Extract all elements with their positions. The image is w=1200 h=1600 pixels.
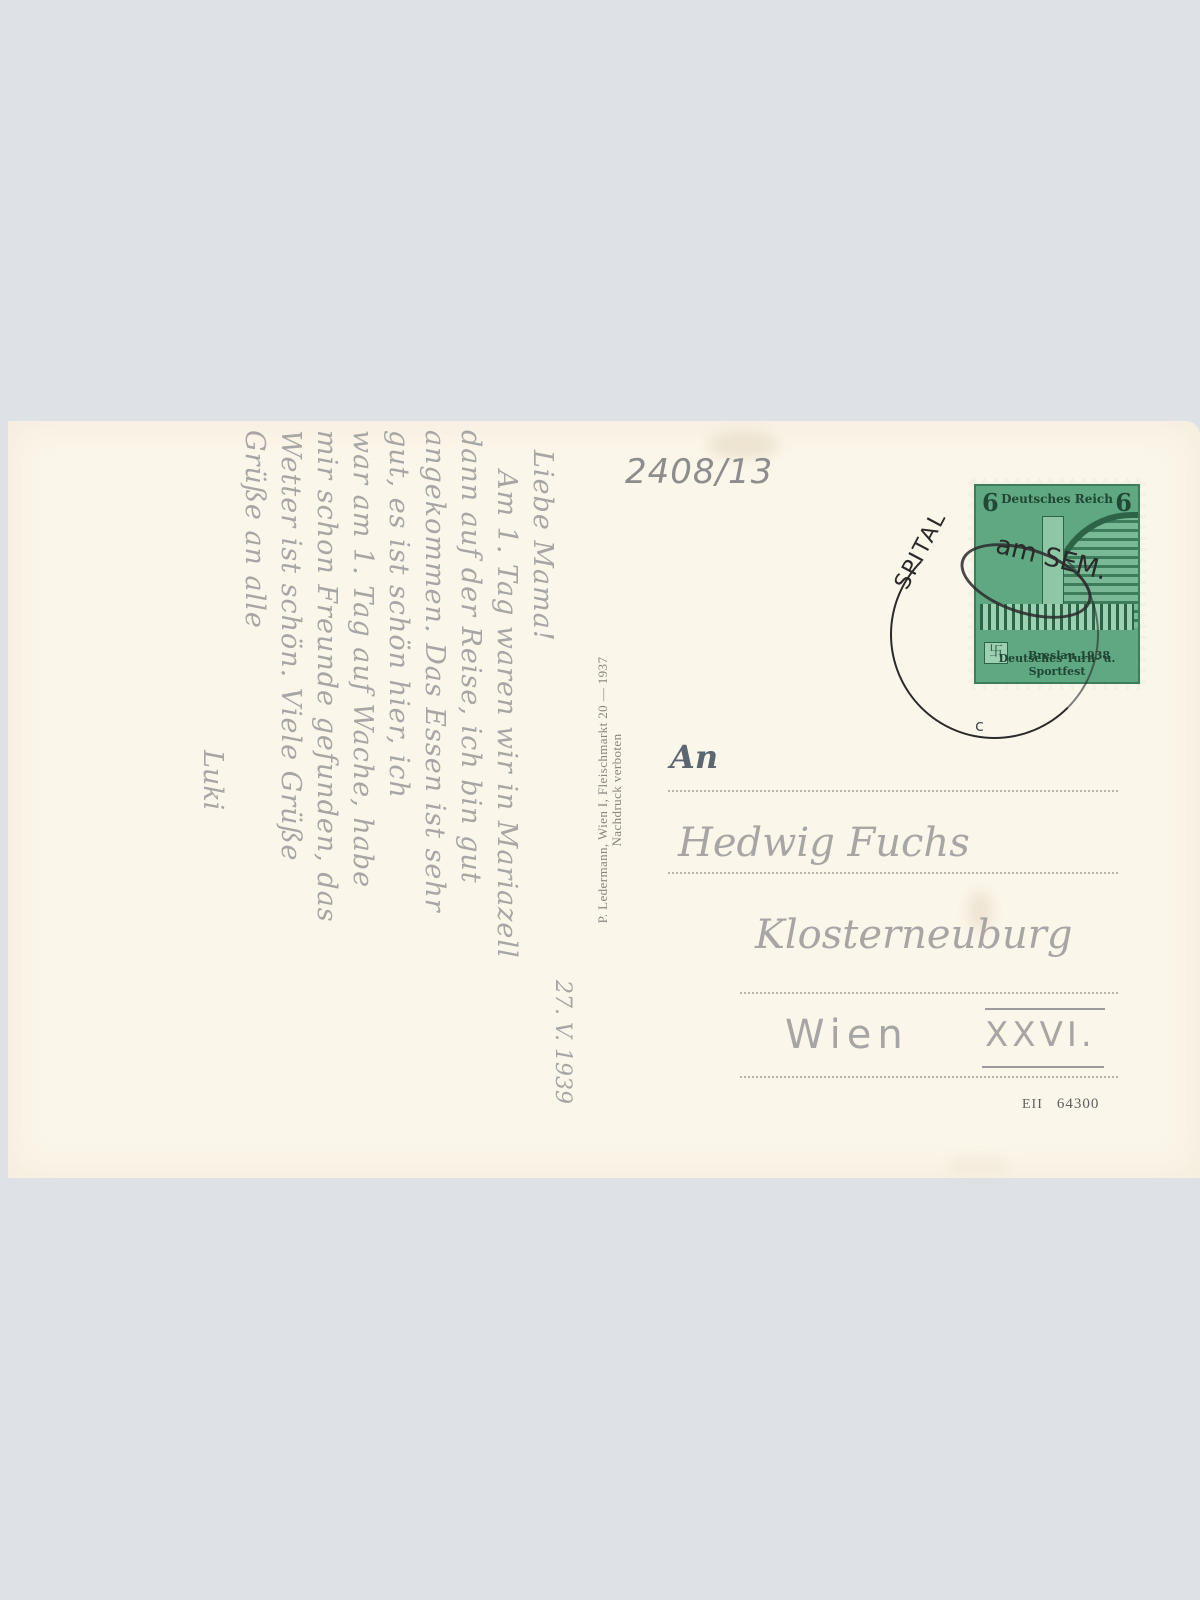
postmark-code: c [975,716,984,735]
message-signature: Luki [194,430,230,1150]
district-overline [985,1008,1105,1010]
colonnade-graphic [980,604,1134,630]
message-date-text: 27. V. 1939 [550,980,575,1130]
publisher-line-1: P. Ledermann, Wien I, Fleischmarkt 20 — … [596,560,610,1020]
message-line: dann auf der Reise, ich bin gut [452,430,488,1150]
address-rule [740,1076,1118,1078]
stamp-country: Deutsches Reich [976,492,1138,506]
message-line: Am 1. Tag waren wir in Mariazell [488,430,524,1150]
archive-number: 2408/13 [625,452,773,492]
address-city: Wien [785,1012,909,1058]
publisher-imprint: P. Ledermann, Wien I, Fleischmarkt 20 — … [596,560,636,1020]
address-name: Hedwig Fuchs [678,820,970,866]
message-date: 27. V. 1939 [535,980,575,1130]
paper-stain [948,1156,1008,1176]
message-line: Grüße an alle [236,430,272,1150]
address-rule [740,992,1118,994]
message-line: mir schon Freunde gefunden, das [308,430,344,1150]
message-line: gut, es ist schön hier, ich [380,430,416,1150]
postage-stamp: 6 6 Deutsches Reich 卐 Breslau 1938 Deuts… [968,478,1146,690]
district-underline [982,1066,1104,1068]
stamp-image: 6 6 Deutsches Reich 卐 Breslau 1938 Deuts… [974,484,1140,684]
address-rule [668,872,1118,874]
address-rule [668,790,1118,792]
message-line: Wetter ist schön. Viele Grüße [272,430,308,1150]
handwritten-message: Liebe Mama! Am 1. Tag waren wir in Maria… [20,430,560,1150]
message-line: angekommen. Das Essen ist sehr [416,430,452,1150]
card-code: EII64300 [1022,1096,1099,1113]
address-district: XXVI. [985,1015,1096,1055]
message-line: war am 1. Tag auf Wache, habe [344,430,380,1150]
publisher-line-2: Nachdruck verboten [610,560,624,1020]
address-prefix: An [670,738,718,776]
address-street: Klosterneuburg [755,912,1072,958]
stamp-caption-2: Deutsches Turn- u. Sportfest [976,652,1138,678]
card-code-mark: EII [1022,1097,1043,1113]
card-code-number: 64300 [1057,1096,1100,1112]
